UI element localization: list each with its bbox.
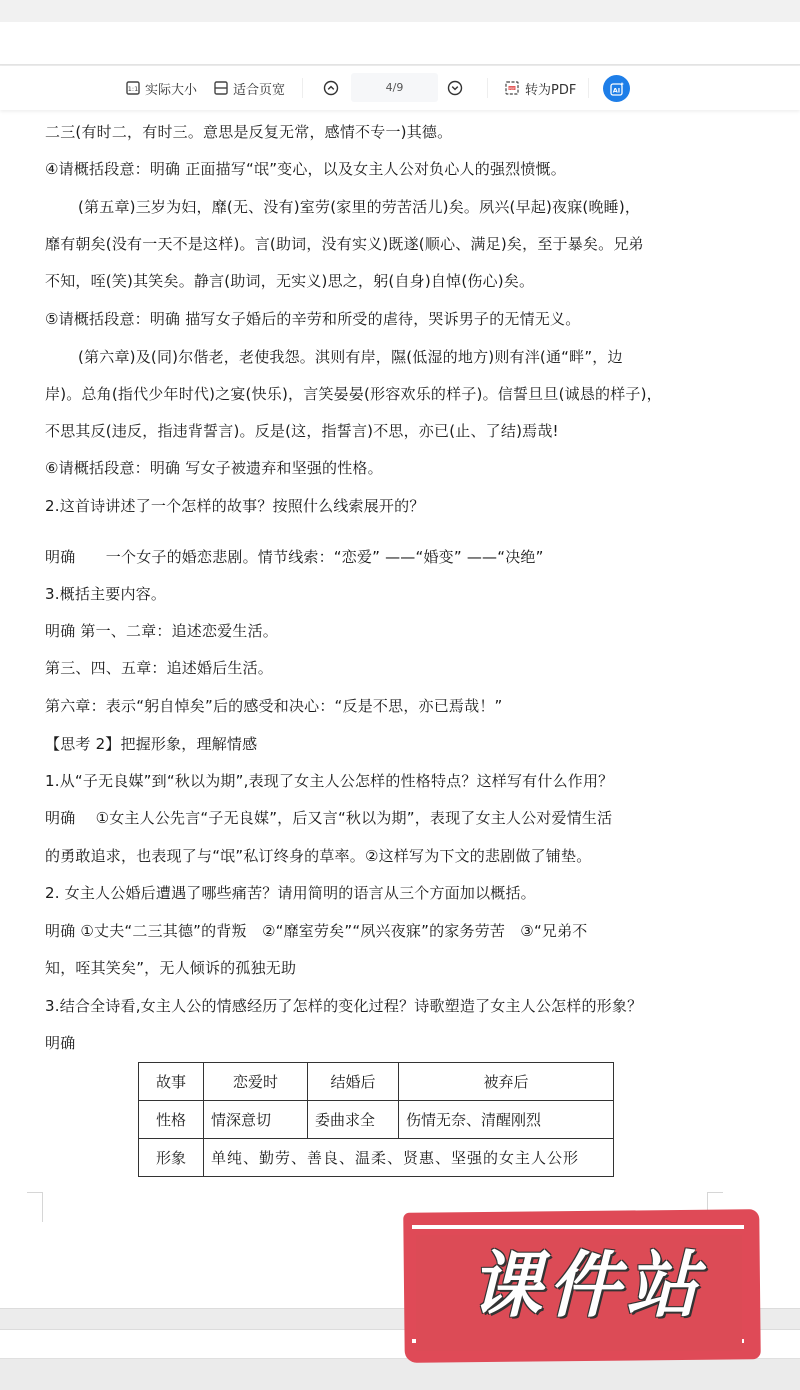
doc-line: (第六章)及(同)尔偕老，老使我怨。淇则有岸，隰(低湿的地方)则有泮(通“畔”，… (45, 346, 623, 368)
table-cell: 形象 (139, 1139, 204, 1177)
actual-size-button[interactable]: 1:1 实际大小 (126, 78, 197, 98)
chevron-down-circle-icon (447, 80, 463, 96)
question-heading: 3.概括主要内容。 (45, 583, 166, 605)
table-row: 性格 情深意切 委曲求全 伤情无奈、清醒刚烈 (139, 1101, 614, 1139)
document-page: 二三(有时二，有时三。意思是反复无常，感情不专一)其德。 ④请概括段意：明确 正… (0, 110, 800, 1308)
actual-size-label: 实际大小 (145, 79, 197, 98)
page-number-text: 4/9 (386, 81, 404, 94)
ai-assistant-button[interactable]: AI (603, 75, 630, 102)
prev-page-button[interactable] (321, 78, 341, 98)
top-strip (0, 0, 800, 22)
actual-size-icon: 1:1 (126, 81, 140, 95)
doc-line: 不知，咥(笑)其笑矣。静言(助词，无实义)思之，躬(自身)自悼(伤心)矣。 (45, 270, 534, 292)
viewer-header (0, 22, 800, 65)
table-cell: 委曲求全 (308, 1101, 399, 1139)
ai-assistant-icon: AI (609, 81, 625, 97)
table-cell: 情深意切 (204, 1101, 308, 1139)
doc-line: 的勇敢追求，也表现了与“氓”私订终身的草率。②这样写为下文的悲剧做了铺垫。 (45, 845, 591, 867)
doc-line: (第五章)三岁为妇，靡(无、没有)室劳(家里的劳苦活儿)矣。夙兴(早起)夜寐(晚… (45, 196, 640, 218)
table-cell: 被弃后 (399, 1063, 614, 1101)
doc-line: 明确 ①丈夫“二三其德”的背叛 ②“靡室劳矣”“夙兴夜寐”的家务劳苦 ③“兄弟不 (45, 920, 588, 942)
table-cell: 恋爱时 (204, 1063, 308, 1101)
doc-line: 明确 第一、二章：追述恋爱生活。 (45, 620, 278, 642)
svg-text:PDF: PDF (509, 86, 515, 90)
viewer-toolbar: 1:1 实际大小 适合页宽 4/9 PDF 转为PDF (0, 66, 800, 110)
doc-line: 第三、四、五章：追述婚后生活。 (45, 657, 273, 679)
doc-line: ④请概括段意：明确 正面描写“氓”变心，以及女主人公对负心人的强烈愤慨。 (45, 158, 566, 180)
doc-line: 岸)。总角(指代少年时代)之宴(快乐)，言笑晏晏(形容欢乐的样子)。信誓旦旦(诚… (45, 383, 662, 405)
fit-width-icon (214, 81, 228, 95)
table-row: 故事 恋爱时 结婚后 被弃后 (139, 1063, 614, 1101)
doc-line: 第六章：表示“躬自悼矣”后的感受和决心：“反是不思，亦已焉哉！” (45, 695, 503, 717)
doc-line: ⑤请概括段意：明确 描写女子婚后的辛劳和所受的虐待，哭诉男子的无情无义。 (45, 308, 580, 330)
fit-width-label: 适合页宽 (233, 79, 285, 98)
doc-line: 明确 一个女子的婚恋悲剧。情节线索：“恋爱” ——“婚变” ——“决绝” (45, 546, 544, 568)
doc-line: ⑥请概括段意：明确 写女子被遗弃和坚强的性格。 (45, 457, 383, 479)
summary-table: 故事 恋爱时 结婚后 被弃后 性格 情深意切 委曲求全 伤情无奈、清醒刚烈 形象… (138, 1062, 614, 1177)
section-heading: 【思考 2】把握形象，理解情感 (45, 733, 257, 755)
watermark-stamp: 课件站 (400, 1205, 770, 1370)
table-cell: 伤情无奈、清醒刚烈 (399, 1101, 614, 1139)
toolbar-divider (487, 78, 488, 98)
svg-text:1:1: 1:1 (128, 85, 138, 93)
table-cell: 结婚后 (308, 1063, 399, 1101)
fit-width-button[interactable]: 适合页宽 (214, 78, 285, 98)
table-cell: 单纯、勤劳、善良、温柔、贤惠、坚强的女主人公形 (204, 1139, 614, 1177)
toolbar-divider (302, 78, 303, 98)
doc-line: 明确 (45, 1032, 75, 1054)
doc-line: 二三(有时二，有时三。意思是反复无常，感情不专一)其德。 (45, 121, 452, 143)
doc-line: 不思其反(违反，指违背誓言)。反是(这，指誓言)不思，亦已(止、了结)焉哉! (45, 420, 559, 442)
convert-to-pdf-label: 转为PDF (525, 79, 576, 98)
question-heading: 3.结合全诗看,女主人公的情感经历了怎样的变化过程？诗歌塑造了女主人公怎样的形象… (45, 995, 642, 1017)
toolbar-divider (588, 78, 589, 98)
chevron-up-circle-icon (323, 80, 339, 96)
question-heading: 1.从“子无良媒”到“秋以为期”,表现了女主人公怎样的性格特点？这样写有什么作用… (45, 770, 613, 792)
doc-line: 知，咥其笑矣”，无人倾诉的孤独无助 (45, 957, 296, 979)
svg-text:AI: AI (612, 86, 619, 94)
table-cell: 性格 (139, 1101, 204, 1139)
page-indicator[interactable]: 4/9 (351, 73, 438, 102)
table-row: 形象 单纯、勤劳、善良、温柔、贤惠、坚强的女主人公形 (139, 1139, 614, 1177)
pdf-convert-icon: PDF (504, 80, 520, 96)
convert-to-pdf-button[interactable]: PDF 转为PDF (504, 78, 576, 98)
question-heading: 2.这首诗讲述了一个怎样的故事？按照什么线索展开的？ (45, 495, 425, 517)
table-cell: 故事 (139, 1063, 204, 1101)
doc-line: 明确 ①女主人公先言“子无良媒”，后又言“秋以为期”，表现了女主人公对爱情生活 (45, 807, 612, 829)
watermark-text: 课件站 (422, 1227, 752, 1331)
doc-line: 靡有朝矣(没有一天不是这样)。言(助词，没有实义)既遂(顺心、满足)矣，至于暴矣… (45, 233, 644, 255)
question-heading: 2. 女主人公婚后遭遇了哪些痛苦？请用简明的语言从三个方面加以概括。 (45, 882, 536, 904)
page-margin-mark (27, 1192, 43, 1222)
next-page-button[interactable] (445, 78, 465, 98)
